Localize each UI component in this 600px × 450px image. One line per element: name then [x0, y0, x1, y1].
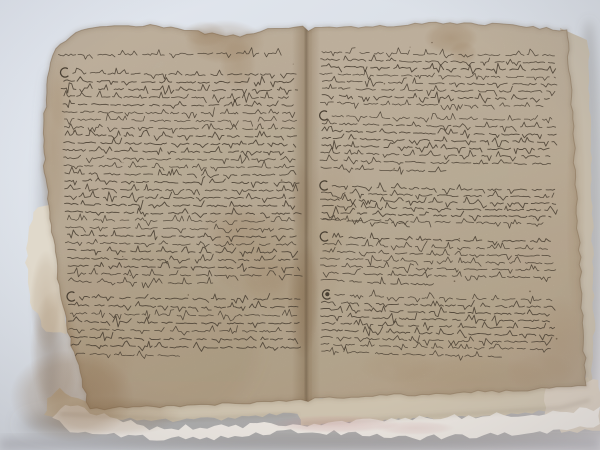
manuscript-photo: [0, 0, 600, 450]
photo-vignette: [0, 0, 600, 450]
manuscript-scene: [0, 0, 600, 450]
